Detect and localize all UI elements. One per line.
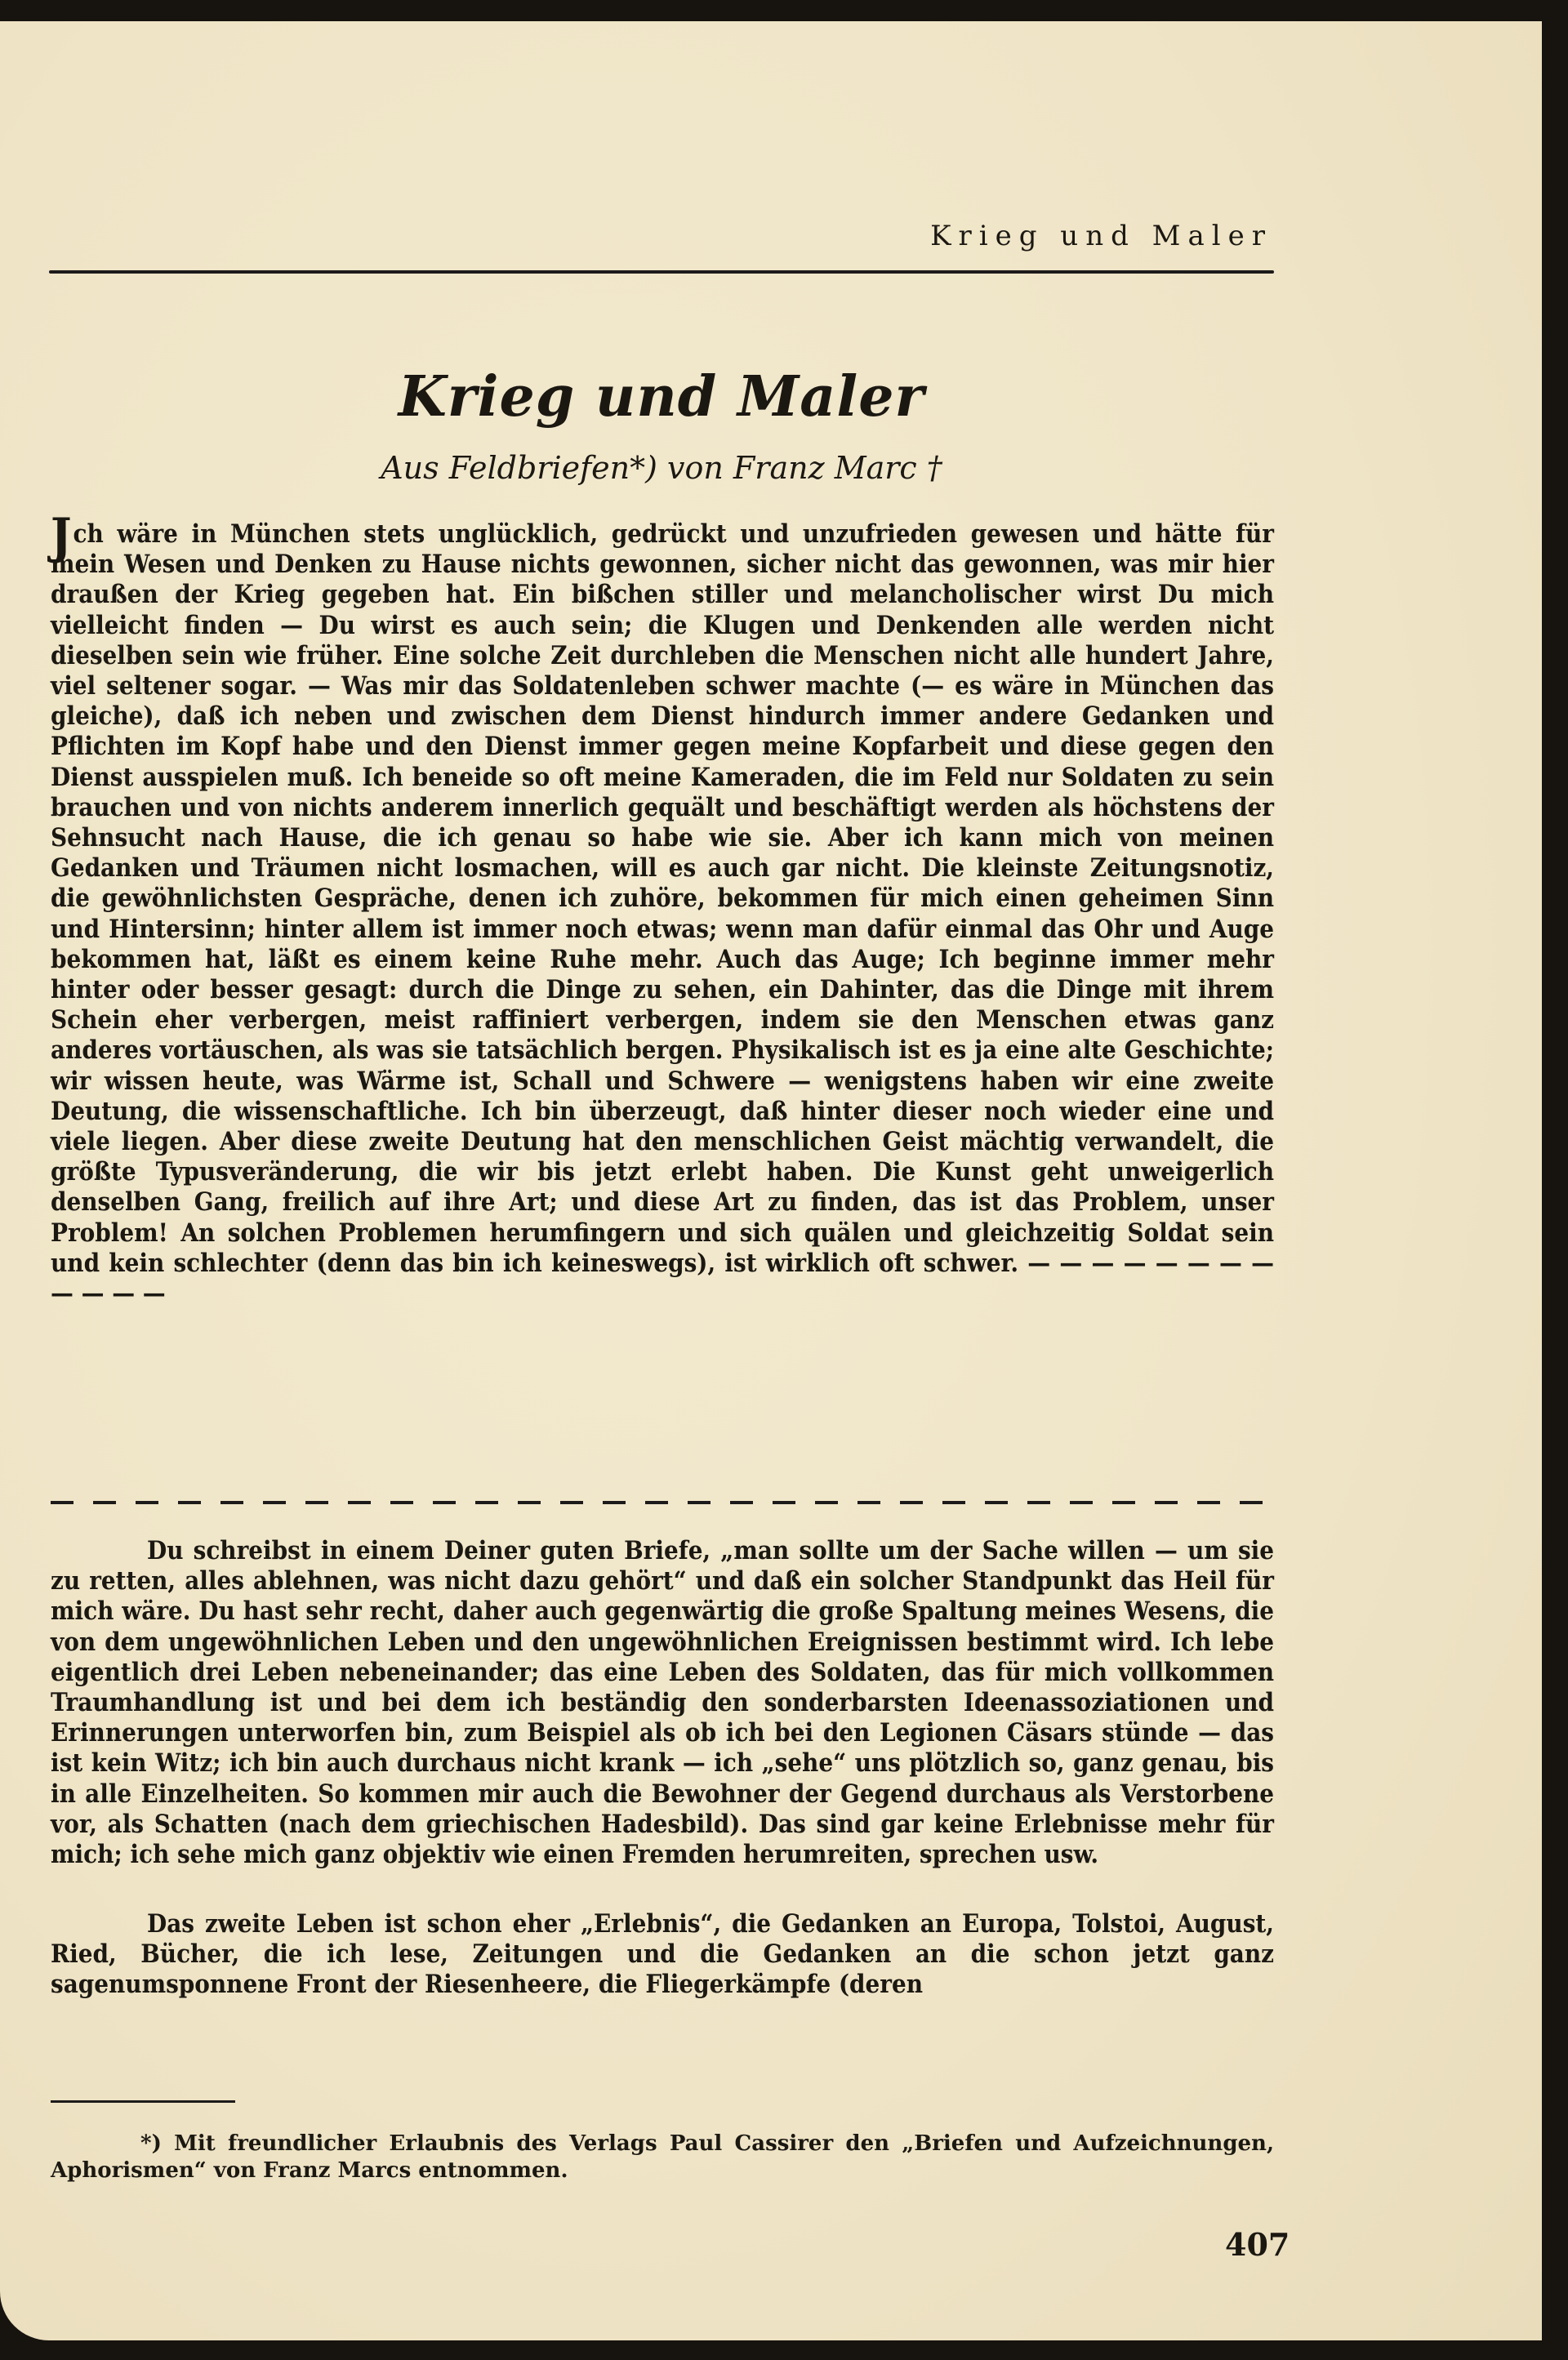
- paragraph-text: ch wäre in München stets unglücklich, ge…: [51, 519, 1274, 1308]
- page-number: 407: [1225, 2226, 1290, 2263]
- running-header: Krieg und Maler: [930, 220, 1272, 252]
- paragraph-text: Du schreibst in einem Deiner guten Brief…: [51, 1536, 1274, 1870]
- footnote-rule: [51, 2100, 235, 2103]
- paragraph-2: Du schreibst in einem Deiner guten Brief…: [51, 1536, 1274, 1870]
- paragraph-text: Das zweite Leben ist schon eher „Erlebni…: [51, 1909, 1274, 2001]
- article-subtitle: Aus Feldbriefen*) von Franz Marc †: [0, 450, 1323, 486]
- drop-cap: J: [51, 524, 72, 549]
- header-rule: [49, 270, 1274, 274]
- book-page: Krieg und Maler Krieg und Maler Aus Feld…: [0, 21, 1542, 2340]
- dash-separator: [51, 1501, 1274, 1504]
- footnote: *) Mit freundlicher Erlaubnis des Verlag…: [51, 2131, 1274, 2184]
- paragraph-3: Das zweite Leben ist schon eher „Erlebni…: [51, 1909, 1274, 2001]
- paragraph-1: Jch wäre in München stets unglücklich, g…: [51, 519, 1274, 1309]
- article-title: Krieg und Maler: [0, 364, 1323, 430]
